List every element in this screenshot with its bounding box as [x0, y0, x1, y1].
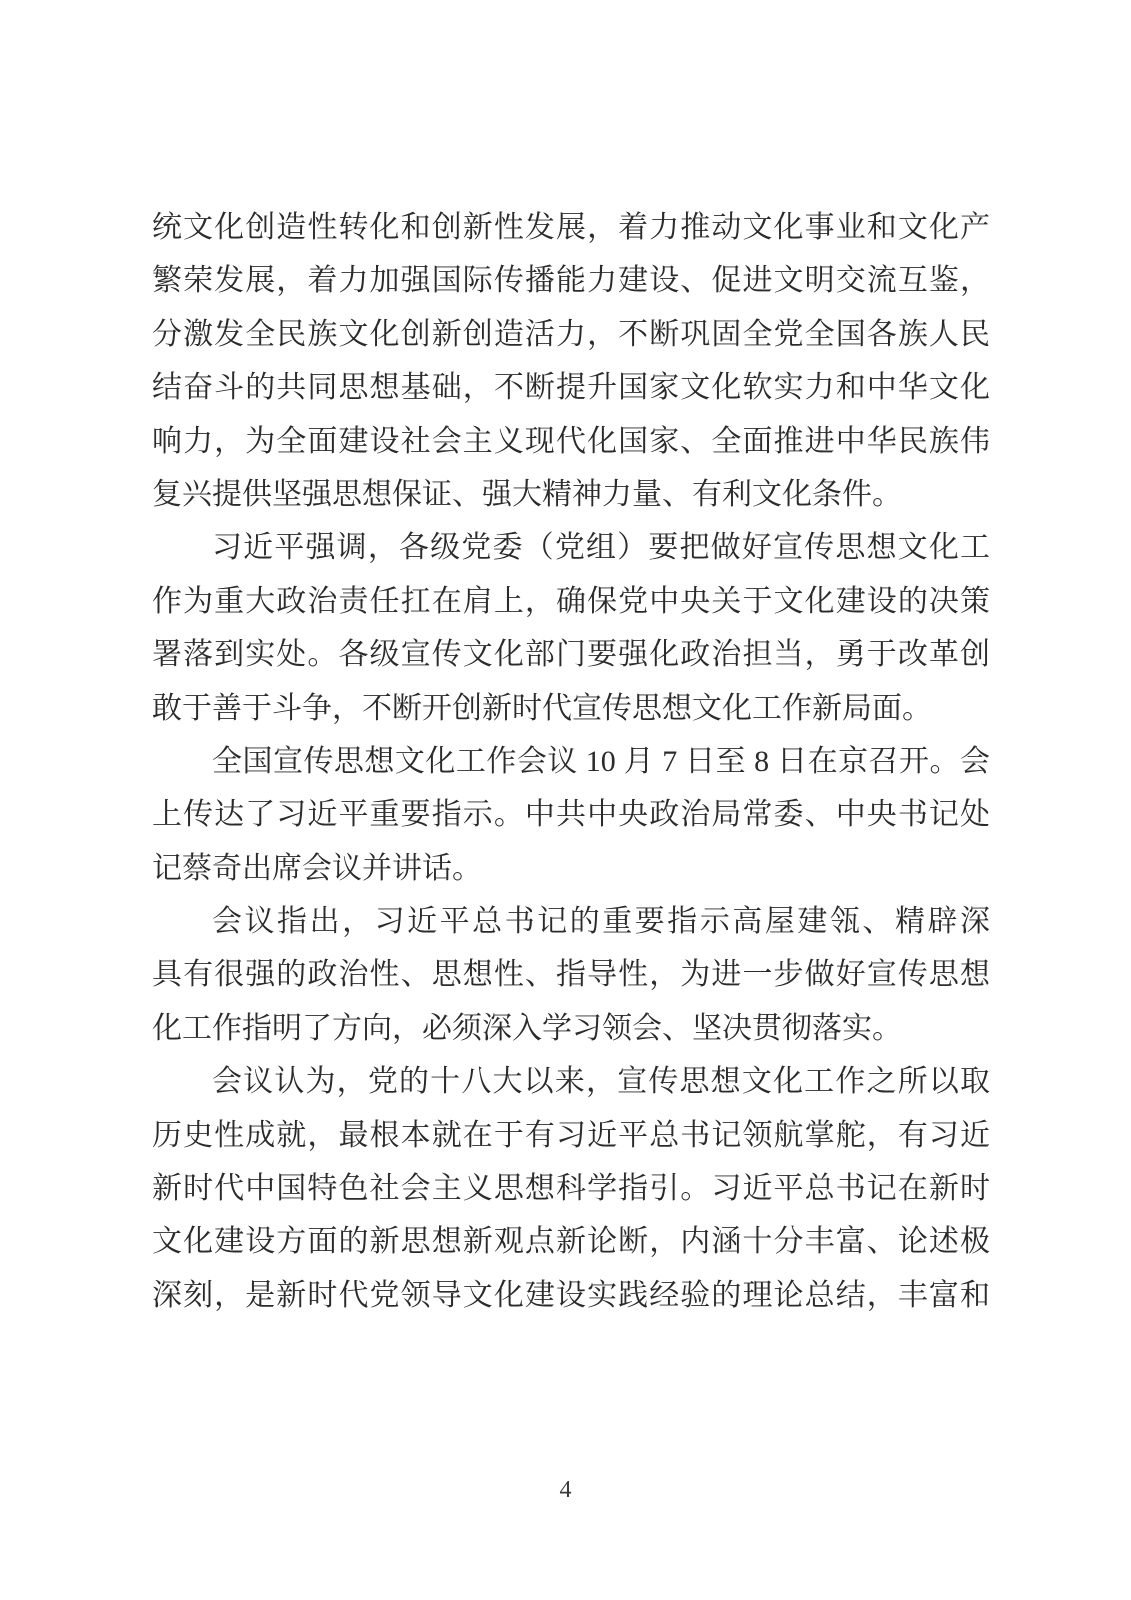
text-line: 复兴提供坚强思想保证、强大精神力量、有利文化条件。 [152, 468, 990, 521]
text-line: 上传达了习近平重要指示。中共中央政治局常委、中央书记处书 [152, 788, 990, 841]
text-line: 深刻，是新时代党领导文化建设实践经验的理论总结，丰富和发 [152, 1269, 990, 1322]
text-line: 记蔡奇出席会议并讲话。 [152, 842, 990, 895]
text-line: 统文化创造性转化和创新性发展，着力推动文化事业和文化产业 [152, 201, 990, 254]
text-line: 历史性成就，最根本就在于有习近平总书记领航掌舵，有习近平 [152, 1109, 990, 1162]
page-footer: 4 [0, 1475, 1131, 1505]
text-line: 敢于善于斗争，不断开创新时代宣传思想文化工作新局面。 [152, 682, 990, 735]
text-line: 全国宣传思想文化工作会议 10 月 7 日至 8 日在京召开。会 [152, 735, 990, 788]
document-page: 统文化创造性转化和创新性发展，着力推动文化事业和文化产业 繁荣发展，着力加强国际… [0, 0, 1131, 1600]
text-line: 署落到实处。各级宣传文化部门要强化政治担当，勇于改革创新， [152, 628, 990, 681]
text-line: 分激发全民族文化创新创造活力，不断巩固全党全国各族人民团 [152, 308, 990, 361]
text-line: 新时代中国特色社会主义思想科学指引。习近平总书记在新时代 [152, 1162, 990, 1215]
text-line: 繁荣发展，着力加强国际传播能力建设、促进文明交流互鉴，充 [152, 254, 990, 307]
text-line: 化工作指明了方向，必须深入学习领会、坚决贯彻落实。 [152, 1002, 990, 1055]
text-line: 会议指出，习近平总书记的重要指示高屋建瓴、精辟深邃， [152, 895, 990, 948]
text-line: 习近平强调，各级党委（党组）要把做好宣传思想文化工作 [152, 521, 990, 574]
text-line: 文化建设方面的新思想新观点新论断，内涵十分丰富、论述极为 [152, 1215, 990, 1268]
text-line: 会议认为，党的十八大以来，宣传思想文化工作之所以取得 [152, 1055, 990, 1108]
text-line: 作为重大政治责任扛在肩上，确保党中央关于文化建设的决策部 [152, 575, 990, 628]
text-line: 响力，为全面建设社会主义现代化国家、全面推进中华民族伟大 [152, 415, 990, 468]
text-line: 结奋斗的共同思想基础，不断提升国家文化软实力和中华文化影 [152, 361, 990, 414]
text-line: 具有很强的政治性、思想性、指导性，为进一步做好宣传思想文 [152, 948, 990, 1001]
page-number: 4 [560, 1477, 572, 1503]
document-body: 统文化创造性转化和创新性发展，着力推动文化事业和文化产业 繁荣发展，着力加强国际… [152, 201, 990, 1322]
